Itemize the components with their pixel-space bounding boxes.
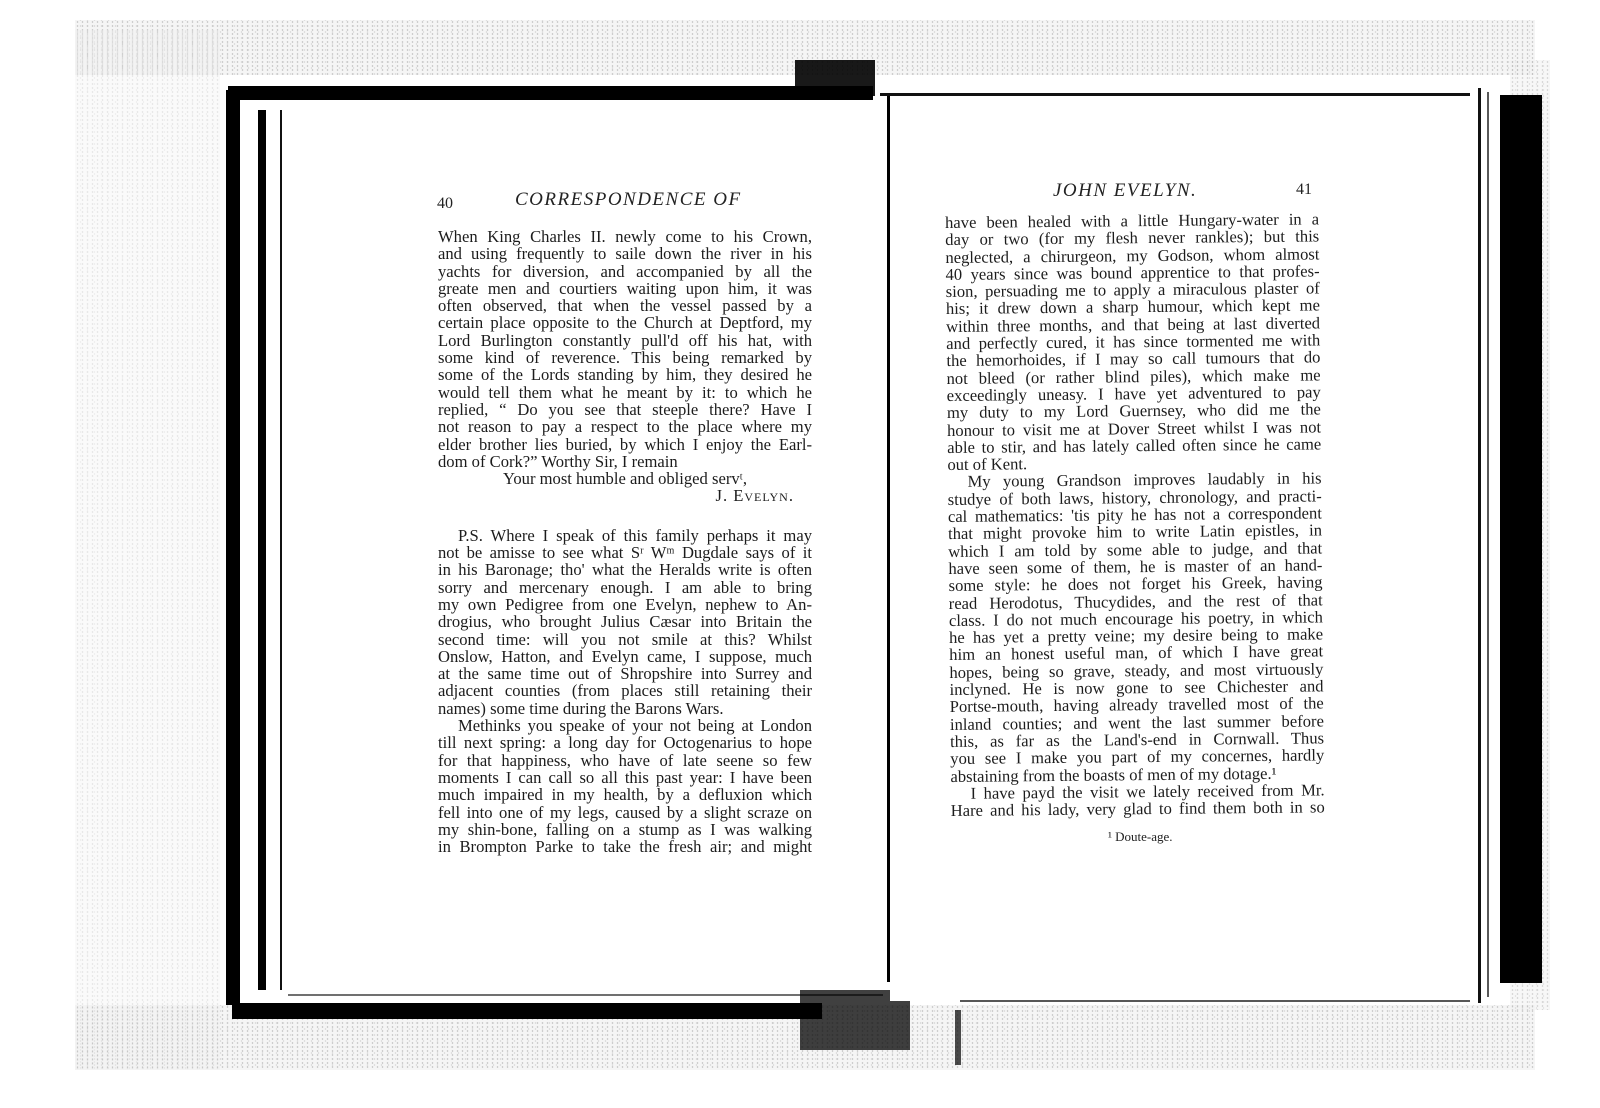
right-page-bottom-edge (960, 1000, 1470, 1002)
left-cover-bottom-edge (232, 1003, 822, 1019)
text-line: moments I can call so all this past year… (438, 769, 812, 786)
scan-noise-left (75, 30, 220, 1070)
left-cover-top-edge (228, 86, 873, 100)
ps-line: not be amisse to see what Sʳ Wᵐ Dugdale … (438, 544, 812, 561)
left-page-body: When King Charles II. newly come to his … (438, 228, 812, 855)
text-line: Methinks you speake of your not being at… (438, 717, 812, 734)
text-line: fell into one of my legs, caused by a sl… (438, 804, 812, 821)
text-line: some kind of reverence. This being remar… (438, 349, 812, 366)
text-line: yachts for diversion, and accompanied by… (438, 263, 812, 280)
left-cover-outer-edge (226, 90, 240, 1005)
left-folio: 40 (437, 195, 453, 213)
left-page-stack-line-2 (280, 110, 282, 990)
ps-line: my own Pedigree from one Evelyn, nephew … (438, 596, 812, 613)
left-page-stack-line (258, 110, 266, 990)
ps-line: second time: will you not smile at this?… (438, 631, 812, 648)
text-line: greate men and courtiers waiting upon hi… (438, 280, 812, 297)
ps-line: adjacent counties (from places still ret… (438, 682, 812, 699)
ps-line: P.S. Where I speak of this family perhap… (438, 527, 812, 544)
text-line: Lord Burlington constantly pull'd off hi… (438, 332, 812, 349)
text-line: Hare and his lady, very glad to find the… (951, 798, 1325, 819)
text-line: When King Charles II. newly come to his … (438, 228, 812, 245)
ps-line: Onslow, Hatton, and Evelyn came, I suppo… (438, 648, 812, 665)
spine-bottom-fold (955, 1010, 961, 1065)
left-running-head: CORRESPONDENCE OF (515, 189, 742, 211)
text-line: much impaired in my health, by a defluxi… (438, 786, 812, 803)
text-line: some of the Lords standing by him, they … (438, 366, 812, 383)
right-page-body: have been healed with a little Hungary-w… (945, 210, 1325, 819)
text-line: certain place opposite to the Church at … (438, 314, 812, 331)
ps-line: in his Baronage; tho' what the Heralds w… (438, 561, 812, 578)
ps-line: drogius, who brought Julius Cæsar into B… (438, 613, 812, 630)
text-line: for that happiness, who have of late see… (438, 752, 812, 769)
spacer (438, 505, 812, 527)
ps-line: names) some time during the Barons Wars. (438, 700, 812, 717)
text-line: in Brompton Parke to take the fresh air;… (438, 838, 812, 855)
text-line: and using frequently to saile down the r… (438, 245, 812, 262)
text-line: till next spring: a long day for Octogen… (438, 734, 812, 751)
ps-line: at the same time out of Shropshire into … (438, 665, 812, 682)
letter-signature: J. Evelyn. (438, 487, 812, 504)
letter-closing: Your most humble and obliged servᵗ, (438, 470, 812, 487)
right-running-head: JOHN EVELYN. (1053, 180, 1197, 202)
text-line: able to stir, and has lately called ofte… (947, 435, 1321, 456)
footnote: ¹ Doute-age. (1108, 829, 1173, 845)
text-line: would tell them what he meant by it: to … (438, 384, 812, 401)
text-line: not reason to pay a respect to the place… (438, 418, 812, 435)
right-page-stack-line-2 (1487, 92, 1489, 997)
text-line: often observed, that when the vessel pas… (438, 297, 812, 314)
right-page-stack-line (1478, 88, 1481, 1003)
ps-line: sorry and mercenary enough. I am able to… (438, 579, 812, 596)
right-cover-board (1500, 95, 1542, 983)
text-line: elder brother lies buried, by which I en… (438, 436, 812, 453)
left-page-bottom-line (288, 994, 883, 996)
text-line: my shin-bone, falling on a stump as I wa… (438, 821, 812, 838)
text-line: dom of Cork?” Worthy Sir, I remain (438, 453, 812, 470)
text-line: replied, “ Do you see that steeple there… (438, 401, 812, 418)
right-folio: 41 (1296, 181, 1312, 199)
spine-top-torn (795, 60, 875, 96)
